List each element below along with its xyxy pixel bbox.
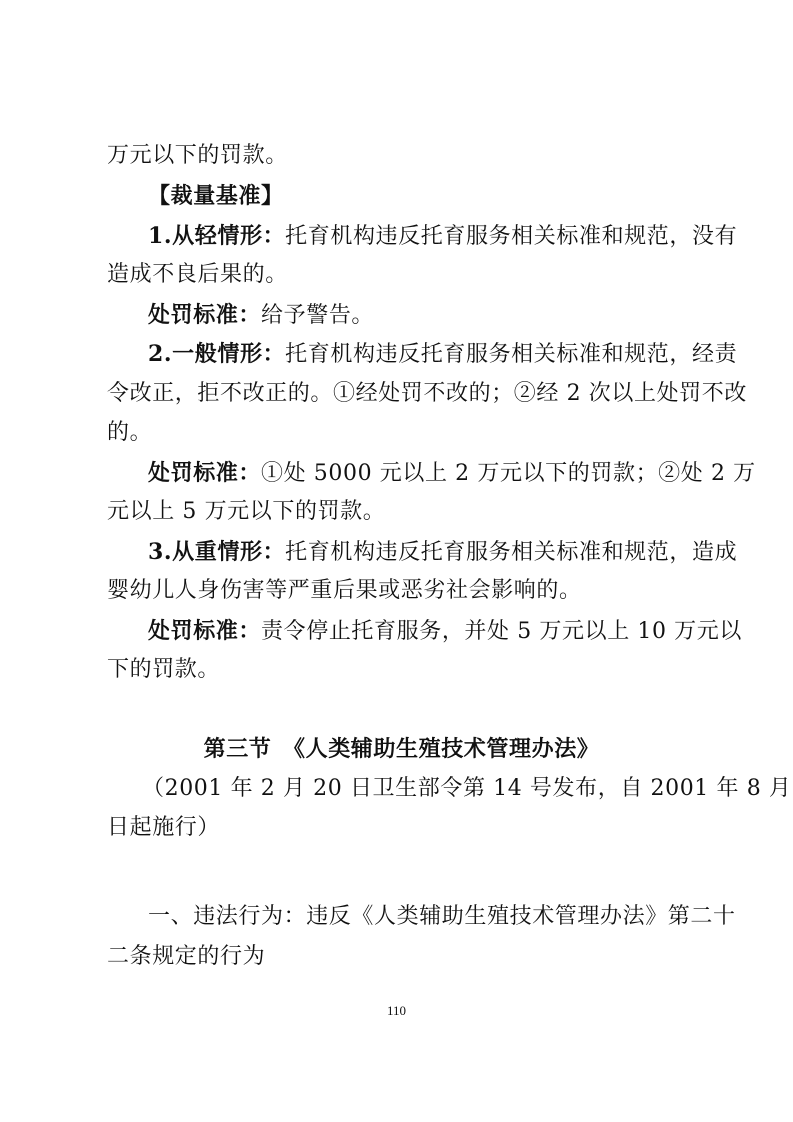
text-line: 的。: [107, 420, 697, 446]
text-line: 造成不良后果的。: [107, 262, 697, 288]
label-mild-case: 1.从轻情形：: [148, 223, 285, 249]
document-page: 万元以下的罚款。 【裁量基准】 1.从轻情形：托育机构违反托育服务相关标准和规范…: [0, 0, 793, 1122]
text-line: 1.从轻情形：托育机构违反托育服务相关标准和规范，没有: [148, 223, 738, 250]
section-title: 第三节 《人类辅助生殖技术管理办法》: [0, 736, 793, 762]
text-line: 元以上 5 万元以下的罚款。: [107, 499, 697, 525]
text-line: 一、违法行为：违反《人类辅助生殖技术管理办法》第二十: [148, 904, 738, 930]
text-line: 处罚标准：①处 5000 元以上 2 万元以下的罚款；②处 2 万: [148, 460, 738, 487]
text-line: 处罚标准：责令停止托育服务，并处 5 万元以上 10 万元以: [148, 618, 738, 645]
text-line: 2.一般情形：托育机构违反托育服务相关标准和规范，经责: [148, 341, 738, 368]
label-penalty-standard: 处罚标准：: [148, 460, 261, 486]
text-mild-case: 托育机构违反托育服务相关标准和规范，没有: [285, 224, 737, 249]
text-severe-case: 托育机构违反托育服务相关标准和规范，造成: [285, 540, 737, 565]
text-line: 万元以下的罚款。: [107, 143, 697, 169]
label-severe-case: 3.从重情形：: [148, 539, 285, 565]
label-penalty-standard: 处罚标准：: [148, 302, 261, 328]
penalty-text: ①处 5000 元以上 2 万元以下的罚款；②处 2 万: [261, 461, 756, 486]
label-penalty-standard: 处罚标准：: [148, 618, 261, 644]
text-general-case: 托育机构违反托育服务相关标准和规范，经责: [285, 342, 737, 367]
text-line: 日起施行）: [107, 815, 697, 841]
text-line: 婴幼儿人身伤害等严重后果或恶劣社会影响的。: [107, 578, 697, 604]
text-line: （2001 年 2 月 20 日卫生部令第 14 号发布，自 2001 年 8 …: [142, 776, 732, 802]
text-line: 3.从重情形：托育机构违反托育服务相关标准和规范，造成: [148, 539, 738, 566]
text-line: 处罚标准：给予警告。: [148, 302, 738, 329]
text-line: 下的罚款。: [107, 657, 697, 683]
label-general-case: 2.一般情形：: [148, 341, 285, 367]
section-heading-discretion-standard: 【裁量基准】: [148, 183, 738, 209]
text-line: 令改正，拒不改正的。①经处罚不改的；②经 2 次以上处罚不改: [107, 381, 697, 407]
page-number: 110: [0, 1003, 793, 1019]
penalty-text: 给予警告。: [261, 303, 374, 328]
penalty-text: 责令停止托育服务，并处 5 万元以上 10 万元以: [261, 619, 742, 644]
text-line: 二条规定的行为: [107, 944, 697, 970]
